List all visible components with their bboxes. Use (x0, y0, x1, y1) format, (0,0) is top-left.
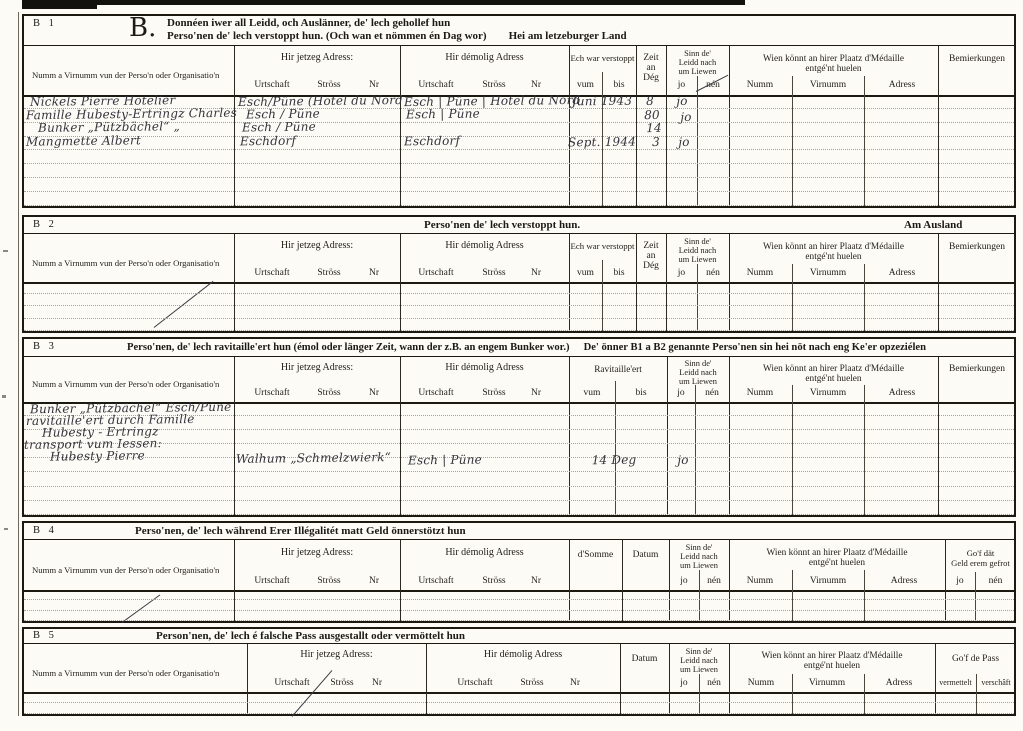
col-header-zeit: Zeit (636, 241, 666, 251)
col-header-virnumm: Virnumm (798, 576, 858, 586)
scan-speck (4, 528, 8, 530)
col-header-datum: Datum (620, 654, 669, 664)
col-header-nen: nén (699, 678, 729, 688)
section-b5-titlebar: B 5 Person'nen, de' lech é falsche Pass … (24, 629, 1014, 644)
col-header-zeit: Zeit (636, 53, 666, 63)
handwritten-jetzeg: Walhum „Schmelzwierk“ (236, 451, 391, 465)
col-header-adress: Adress (864, 678, 934, 688)
dotted-rule (24, 137, 1014, 151)
col-header-nr: Nr (516, 268, 556, 278)
title-line-2: Perso'nen de' lech verstoppt hun. (Och w… (167, 30, 487, 42)
handwritten-jo: jo (670, 454, 696, 466)
section-b2-title: Perso'nen de' lech verstoppt hun. (424, 219, 580, 232)
scan-speck (2, 395, 6, 398)
col-header-wien: Wien könnt an hirer Plaatz d'Médaille (729, 242, 938, 252)
handwritten-jetzeg: Esch / Püne (242, 121, 316, 134)
section-b3-title-bold: De' önner B1 a B2 genannte Perso'nen sin… (584, 342, 926, 353)
col-header-nr: Nr (516, 388, 556, 398)
section-id: B 5 (33, 630, 57, 641)
col-header-nr: Nr (354, 268, 394, 278)
dotted-rule (24, 282, 1014, 294)
col-header-vum: vum (569, 268, 602, 278)
section-b2-subtitle: Am Ausland (904, 219, 962, 232)
dotted-rule (24, 692, 1014, 703)
section-b3-rows: Bunker „Pützbächel“ Esch/Püne ravitaille… (24, 402, 1014, 515)
col-header-jetzeg: Hir jetzeg Adress: (234, 548, 400, 558)
col-header-zeit: an (636, 251, 666, 261)
col-header-jo: jo (669, 678, 699, 688)
col-header-urtschaft: Urtschaft (242, 388, 302, 398)
handwritten-jetzeg: Eschdorf (240, 135, 296, 148)
handwritten-jo: jo (668, 95, 696, 107)
col-header-vum: vum (569, 388, 615, 398)
col-header-demolig: Hir démolig Adress (400, 241, 569, 251)
dotted-rule (24, 430, 1014, 444)
col-header-virnumm: Virnumm (798, 268, 858, 278)
handwritten-demolig: Eschdorf (404, 135, 460, 148)
col-header-numm: Numm (730, 80, 790, 90)
section-b2: B 2 Perso'nen de' lech verstoppt hun. Am… (22, 215, 1016, 333)
col-header-name: Numm a Virnumm vun der Perso'n oder Orga… (32, 379, 232, 389)
col-header-nr: Nr (555, 678, 595, 688)
handwritten-name: Bunker „Pützbächel“ „ (38, 120, 180, 134)
col-header-wien: entgé'nt huelen (729, 374, 938, 384)
handwritten-demolig: Esch | Püne (408, 454, 482, 467)
section-b2-rows (24, 282, 1014, 331)
section-b1: B 1 B. Donnéen iwer all Leidd, och Auslä… (22, 14, 1016, 208)
section-b3-titlebar: B 3 Perso'nen, de' lech ravitaille'ert h… (24, 339, 1014, 357)
section-b5: B 5 Person'nen, de' lech é falsche Pass … (22, 627, 1016, 716)
section-b4: B 4 Perso'nen, de' lech während Erer Ill… (22, 521, 1016, 623)
col-header-urtschaft: Urtschaft (406, 576, 466, 586)
col-header-jo: jo (667, 388, 695, 398)
col-header-wien: Wien könnt an hirer Plaatz d'Médaille (729, 548, 945, 558)
col-header-zeit: an (636, 63, 666, 73)
col-header-ravitailleert: Ravitaille'ert (569, 365, 667, 375)
col-header-demolig: Hir démolig Adress (400, 548, 569, 558)
col-header-demolig: Hir démolig Adress (400, 53, 569, 63)
form-letter: B. (129, 13, 156, 43)
col-header-urtschaft: Urtschaft (242, 268, 302, 278)
section-b4-title: Perso'nen, de' lech während Erer Illégal… (135, 525, 466, 538)
col-header-zeit: Dég (636, 261, 666, 271)
dotted-rule (24, 501, 1014, 515)
col-header-sinn: um Liewen (666, 67, 729, 77)
col-header-adress: Adress (866, 268, 938, 278)
section-b1-title: Donnéen iwer all Leidd, och Auslänner, d… (167, 17, 627, 43)
col-header-jetzeg: Hir jetzeg Adress: (247, 650, 426, 660)
handwritten-deg: 14 (640, 122, 668, 134)
handwritten-deg: 80 (638, 109, 666, 121)
col-header-sinn: um Liewen (669, 561, 729, 571)
section-id: B 1 (33, 18, 57, 29)
section-b1-rows: Nickels Pierre Hotelier Esch/Püne (Hotel… (24, 95, 1014, 206)
section-b4-rows (24, 590, 1014, 621)
col-header-bemierkungen: Bemierkungen (938, 54, 1016, 64)
col-header-wien: Wien könnt an hirer Plaatz d'Médaille (729, 364, 938, 374)
handwritten-jetzeg: Esch / Püne (246, 108, 320, 121)
section-b2-titlebar: B 2 Perso'nen de' lech verstoppt hun. Am… (24, 217, 1014, 234)
col-header-urtschaft: Urtschaft (406, 268, 466, 278)
col-header-wien: entgé'nt huelen (729, 558, 945, 568)
handwritten-jo: jo (670, 136, 698, 148)
handwritten-deg: 8 (636, 95, 664, 107)
col-header-gof: Geld erem gefrot (945, 558, 1016, 568)
dotted-rule (24, 487, 1014, 501)
dotted-rule (24, 192, 1014, 206)
handwritten-name: Mangmette Albert (26, 134, 141, 147)
col-header-virnumm: Virnumm (798, 388, 858, 398)
col-header-bis: bis (602, 268, 636, 278)
col-header-stross: Ströss (464, 388, 524, 398)
section-b1-titlebar: B 1 B. Donnéen iwer all Leidd, och Auslä… (24, 16, 1014, 46)
scan-artifact-bar (95, 0, 745, 5)
title-line-1: Donnéen iwer all Leidd, och Auslänner, d… (167, 17, 627, 30)
col-header-stross: Ströss (502, 678, 562, 688)
col-header-demolig: Hir démolig Adress (400, 363, 569, 373)
col-header-stross: Ströss (464, 80, 524, 90)
col-header-urtschaft: Urtschaft (242, 80, 302, 90)
col-header-stross: Ströss (299, 80, 359, 90)
col-header-bemierkungen: Bemierkungen (938, 242, 1016, 252)
col-header-wien: entgé'nt huelen (729, 661, 935, 671)
dotted-rule (24, 444, 1014, 458)
col-header-stross: Ströss (299, 576, 359, 586)
col-header-numm: Numm (730, 268, 790, 278)
handwritten-deg: 3 (642, 136, 670, 148)
handwritten-demolig: Esch | Püne | Hotel du Nord (404, 95, 581, 108)
col-header-nr: Nr (516, 576, 556, 586)
title-line-2-right: Hei am letzeburger Land (509, 30, 627, 42)
dotted-rule (24, 611, 1014, 621)
col-header-jo: jo (945, 576, 975, 586)
dotted-rule (24, 150, 1014, 164)
scan-artifact-bar (22, 0, 97, 9)
handwritten-jo: jo (672, 111, 700, 123)
col-header-nr: Nr (354, 80, 394, 90)
col-header-sinn: um Liewen (667, 377, 729, 387)
col-header-nr: Nr (357, 678, 397, 688)
col-header-jo: jo (669, 576, 699, 586)
col-header-numm: Numm (730, 388, 790, 398)
handwritten-jetzeg: Esch/Püne (Hotel du Nord (238, 95, 403, 108)
col-header-zeit: Dég (636, 73, 666, 83)
section-b3-title: Perso'nen, de' lech ravitaille'ert hun (… (127, 342, 570, 353)
col-header-wien: Wien könnt an hirer Plaatz d'Médaille (729, 651, 935, 661)
scanned-form-page: B 1 B. Donnéen iwer all Leidd, och Auslä… (0, 0, 1023, 731)
handwritten-demolig: Esch | Püne (406, 108, 480, 121)
col-header-jo: jo (666, 80, 697, 90)
scan-speck (3, 250, 8, 252)
dotted-rule (24, 164, 1014, 178)
section-id: B 4 (33, 525, 57, 536)
col-header-urtschaft: Urtschaft (406, 388, 466, 398)
col-header-vermettelt: vermettelt (935, 678, 976, 688)
col-header-nr: Nr (354, 388, 394, 398)
col-header-virnumm: Virnumm (798, 80, 858, 90)
dotted-rule (24, 458, 1014, 472)
col-header-dsomme: d'Somme (569, 550, 622, 560)
col-header-nr: Nr (516, 80, 556, 90)
handwritten-dauer: 14 Deg (574, 454, 654, 467)
col-header-urtschaft: Urtschaft (242, 576, 302, 586)
col-header-verschaft: verschâft (976, 678, 1016, 688)
col-header-sinn: um Liewen (666, 255, 729, 265)
col-header-nen: nén (697, 268, 729, 278)
dotted-rule (24, 319, 1014, 331)
col-header-wien: Wien könnt an hirer Plaatz d'Médaille (729, 54, 938, 64)
dotted-rule (24, 472, 1014, 486)
dotted-rule (24, 294, 1014, 306)
col-header-gof-pass: Go'f de Pass (935, 654, 1016, 664)
col-header-nen: nén (699, 576, 729, 586)
handwritten-vum: Sept. 1944 (568, 136, 634, 149)
col-header-jetzeg: Hir jetzeg Adress: (234, 53, 400, 63)
col-header-verstoppt: Ech war verstoppt (569, 53, 636, 63)
section-id: B 2 (33, 219, 57, 230)
section-b5-rows (24, 692, 1014, 714)
col-header-sinn: um Liewen (669, 665, 729, 675)
col-header-gof: Go'f dät (945, 548, 1016, 558)
dotted-rule (24, 590, 1014, 600)
dotted-rule (24, 703, 1014, 714)
section-b5-title: Person'nen, de' lech é falsche Pass ausg… (156, 630, 465, 643)
col-header-bemierkungen: Bemierkungen (938, 364, 1016, 374)
col-header-nen: nén (695, 388, 729, 398)
dotted-rule (24, 306, 1014, 318)
col-header-verstoppt: Ech war verstoppt (569, 241, 636, 251)
section-b3: B 3 Perso'nen, de' lech ravitaille'ert h… (22, 337, 1016, 517)
page-left-rule (18, 12, 19, 716)
col-header-virnumm: Virnumm (796, 678, 858, 688)
col-header-jo: jo (666, 268, 697, 278)
col-header-bis: bis (602, 80, 636, 90)
handwritten-vum: Juni 1943 (570, 95, 634, 107)
dotted-rule (24, 600, 1014, 610)
col-header-nr: Nr (354, 576, 394, 586)
col-header-nen: nén (975, 576, 1016, 586)
col-header-name: Numm a Virnumm vun der Perso'n oder Orga… (32, 565, 232, 575)
col-header-stross: Ströss (299, 268, 359, 278)
col-header-datum: Datum (622, 550, 669, 560)
col-header-stross: Ströss (299, 388, 359, 398)
section-b4-titlebar: B 4 Perso'nen, de' lech während Erer Ill… (24, 523, 1014, 540)
col-header-adress: Adress (866, 80, 938, 90)
col-header-urtschaft: Urtschaft (406, 80, 466, 90)
col-header-jetzeg: Hir jetzeg Adress: (234, 363, 400, 373)
col-header-name: Numm a Virnumm vun der Perso'n oder Orga… (32, 668, 247, 678)
col-header-numm: Numm (730, 576, 790, 586)
col-header-adress: Adress (866, 576, 942, 586)
col-header-numm: Numm (731, 678, 791, 688)
col-header-stross: Ströss (464, 576, 524, 586)
col-header-bis: bis (615, 388, 667, 398)
col-header-name: Numm a Virnumm vun der Perso'n oder Orga… (32, 70, 232, 80)
col-header-urtschaft: Urtschaft (445, 678, 505, 688)
col-header-stross: Ströss (464, 268, 524, 278)
col-header-jetzeg: Hir jetzeg Adress: (234, 241, 400, 251)
col-header-wien: entgé'nt huelen (729, 64, 938, 74)
col-header-vum: vum (569, 80, 602, 90)
col-header-name: Numm a Virnumm vun der Perso'n oder Orga… (32, 258, 232, 268)
col-header-adress: Adress (866, 388, 938, 398)
col-header-demolig: Hir démolig Adress (426, 650, 620, 660)
dotted-rule (24, 178, 1014, 192)
section-id: B 3 (33, 341, 57, 352)
col-header-wien: entgé'nt huelen (729, 252, 938, 262)
handwritten-note: Hubesty Pierre (50, 449, 145, 462)
